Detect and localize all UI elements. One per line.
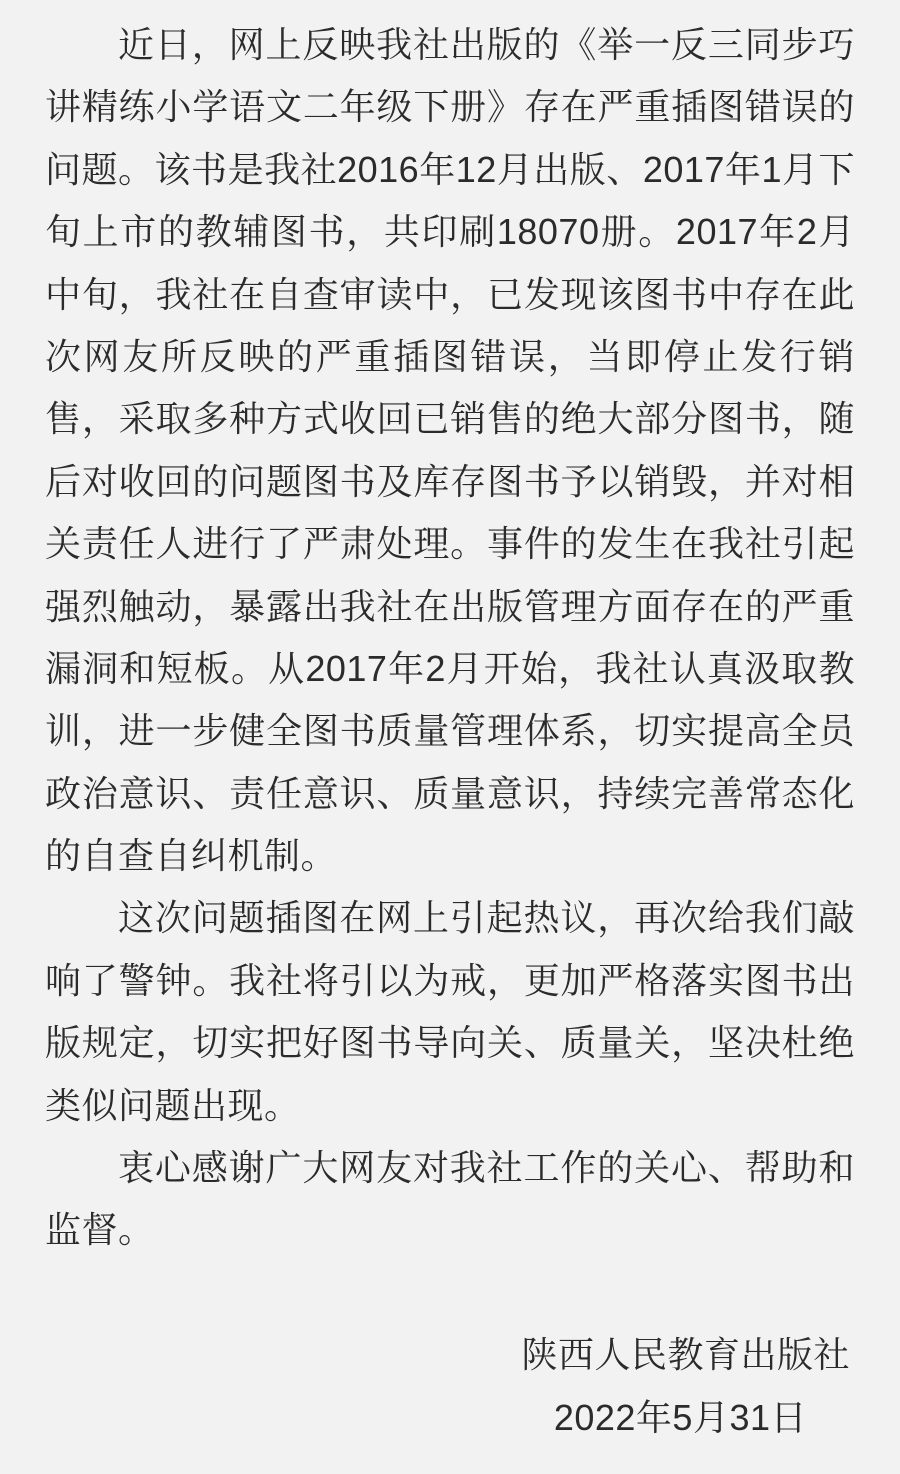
text-line: 衷心感谢广大网友对我社工作的关心、帮助和 (45, 1137, 855, 1199)
text-line: 近日，网上反映我社出版的《举一反三同步巧 (45, 14, 855, 76)
text-line: 售，采取多种方式收回已销售的绝大部分图书，随 (45, 388, 855, 450)
text-line: 强烈触动，暴露出我社在出版管理方面存在的严重 (45, 576, 855, 638)
text-line: 次网友所反映的严重插图错误，当即停止发行销 (45, 326, 855, 388)
text-line: 旬上市的教辅图书，共印刷18070册。2017年2月 (45, 201, 855, 263)
text-line: 的自查自纠机制。 (45, 825, 855, 887)
text-line: 训，进一步健全图书质量管理体系，切实提高全员 (45, 700, 855, 762)
text-line: 类似问题出现。 (45, 1075, 855, 1137)
publisher-signature: 陕西人民教育出版社 (45, 1324, 855, 1386)
text-line: 监督。 (45, 1199, 855, 1261)
signature-block: 陕西人民教育出版社 2022年5月31日 (45, 1262, 855, 1449)
statement-date: 2022年5月31日 (45, 1387, 855, 1449)
paragraph: 衷心感谢广大网友对我社工作的关心、帮助和监督。 (45, 1137, 855, 1262)
text-line: 政治意识、责任意识、质量意识，持续完善常态化 (45, 763, 855, 825)
text-line: 后对收回的问题图书及库存图书予以销毁，并对相 (45, 451, 855, 513)
text-line: 响了警钟。我社将引以为戒，更加严格落实图书出 (45, 950, 855, 1012)
document-paragraphs: 近日，网上反映我社出版的《举一反三同步巧讲精练小学语文二年级下册》存在严重插图错… (45, 14, 855, 1262)
text-line: 问题。该书是我社2016年12月出版、2017年1月下 (45, 139, 855, 201)
blank-line (45, 1262, 855, 1324)
paragraph: 近日，网上反映我社出版的《举一反三同步巧讲精练小学语文二年级下册》存在严重插图错… (45, 14, 855, 887)
text-line: 漏洞和短板。从2017年2月开始，我社认真汲取教 (45, 638, 855, 700)
text-line: 关责任人进行了严肃处理。事件的发生在我社引起 (45, 513, 855, 575)
text-line: 讲精练小学语文二年级下册》存在严重插图错误的 (45, 76, 855, 138)
statement-document: 近日，网上反映我社出版的《举一反三同步巧讲精练小学语文二年级下册》存在严重插图错… (0, 0, 900, 1474)
text-line: 版规定，切实把好图书导向关、质量关，坚决杜绝 (45, 1012, 855, 1074)
text-line: 这次问题插图在网上引起热议，再次给我们敲 (45, 887, 855, 949)
text-line: 中旬，我社在自查审读中，已发现该图书中存在此 (45, 264, 855, 326)
paragraph: 这次问题插图在网上引起热议，再次给我们敲响了警钟。我社将引以为戒，更加严格落实图… (45, 887, 855, 1137)
